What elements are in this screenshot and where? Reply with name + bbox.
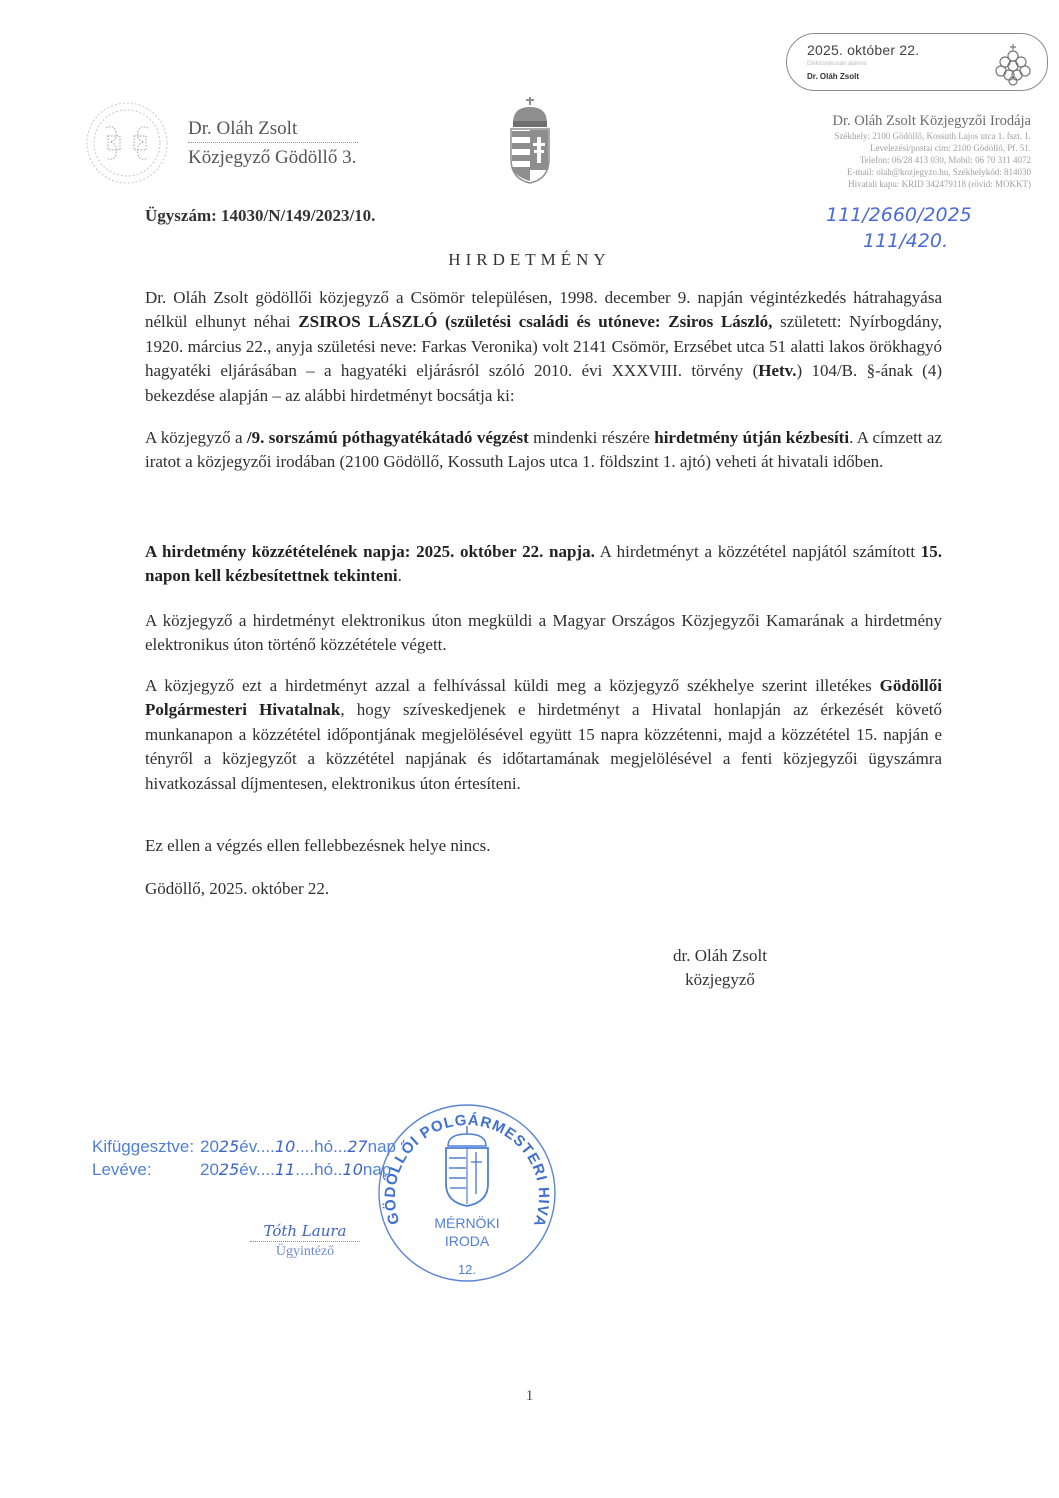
paragraph-chamber-notice: A közjegyző a hirdetményt elektronikus ú… <box>145 609 942 658</box>
removed-month: 11 <box>275 1160 295 1179</box>
paragraph-municipality-request: A közjegyző ezt a hirdetményt azzal a fe… <box>145 674 942 796</box>
removed-row: Levéve:2025év....11....hó..10nap <box>92 1158 396 1181</box>
posting-stamp: Kifüggesztve:2025év....10....hó...27nap … <box>92 1135 396 1181</box>
stamp-center-line-1: MÉRNÖKI <box>434 1214 499 1231</box>
office-postal-address: Levelezési/postai cím: 2100 Gödöllő, Pf.… <box>700 142 1031 154</box>
publication-date: A hirdetmény közzétételének napja: 2025.… <box>145 542 595 561</box>
posted-row: Kifüggesztve:2025év....10....hó...27nap <box>92 1135 396 1158</box>
office-phone: Telefon: 06/28 413 030, Mobil: 06 70 311… <box>700 154 1031 166</box>
header-divider <box>188 142 358 143</box>
notary-title: Közjegyző Gödöllő 3. <box>188 147 356 169</box>
text: A közjegyző a <box>145 428 247 447</box>
stamp-ring-text: GÖDÖLLŐI POLGÁRMESTERI HIVATAL <box>372 1098 552 1229</box>
stamp-center-line-2: IRODA <box>445 1233 490 1249</box>
page-number: 1 <box>0 1388 1059 1405</box>
posted-year: 25 <box>219 1137 239 1156</box>
office-round-stamp: GÖDÖLLŐI POLGÁRMESTERI HIVATAL MÉRNÖKI I… <box>372 1098 562 1288</box>
esignature-date: 2025. október 22. <box>807 42 919 58</box>
case-number: Ügyszám: 14030/N/149/2023/10. <box>145 206 375 226</box>
posted-day: 27 <box>347 1137 367 1156</box>
text: . <box>398 566 402 585</box>
place-and-date: Gödöllő, 2025. október 22. <box>145 877 942 901</box>
year-prefix: 20 <box>200 1160 219 1179</box>
deceased-name: ZSIROS LÁSZLÓ (születési családi és utón… <box>298 312 772 331</box>
handwritten-reference-line-1: 111/2660/2025 <box>826 202 956 228</box>
signatory-role: közjegyző <box>600 968 840 992</box>
text: mindenki részére <box>529 428 655 447</box>
handwritten-reference: 111/2660/2025 111/420. <box>826 202 956 254</box>
year-word: év <box>239 1160 256 1179</box>
text: A hirdetményt a közzététel napjától szám… <box>595 542 921 561</box>
posted-month: 10 <box>275 1137 295 1156</box>
electronic-signature-box: 2025. október 22. Elektronikusan aláírva… <box>786 33 1048 91</box>
law-abbreviation: Hetv. <box>758 361 796 380</box>
removed-day: 10 <box>343 1160 363 1179</box>
hungarian-coat-of-arms-icon <box>505 95 555 185</box>
notary-name: Dr. Oláh Zsolt <box>188 118 297 140</box>
order-reference: /9. sorszámú póthagyatékátadó végzést <box>247 428 529 447</box>
paragraph-publication-date: A hirdetmény közzétételének napja: 2025.… <box>145 540 942 589</box>
office-gateway: Hivatali kapu: KRID 342479118 (rövid: MO… <box>700 178 1031 190</box>
office-contact-block: Dr. Oláh Zsolt Közjegyzői Irodája Székhe… <box>700 113 1031 190</box>
document-title: HIRDETMÉNY <box>0 250 1059 270</box>
office-name: Dr. Oláh Zsolt Közjegyzői Irodája <box>700 113 1031 130</box>
month-word: hó <box>314 1137 333 1156</box>
removed-label: Levéve: <box>92 1158 200 1181</box>
office-email: E-mail: olah@kozjegyzo.hu, Székhelykód: … <box>700 166 1031 178</box>
esignature-signer: Dr. Oláh Zsolt <box>807 72 859 81</box>
notary-seal-icon <box>84 100 170 186</box>
clerk-role: Ügyintéző <box>250 1244 360 1260</box>
clerk-signature: Tóth Laura <box>250 1222 360 1242</box>
delivery-method: hirdetmény útján kézbesíti <box>654 428 849 447</box>
notary-emblem-icon <box>991 42 1035 86</box>
esignature-subtitle: Elektronikusan aláírva <box>807 61 866 67</box>
removed-year: 25 <box>219 1160 239 1179</box>
year-word: év <box>239 1137 256 1156</box>
paragraph-delivery: A közjegyző a /9. sorszámú póthagyatékát… <box>145 426 942 475</box>
year-prefix: 20 <box>200 1137 219 1156</box>
month-word: hó <box>314 1160 333 1179</box>
stamp-number: 12. <box>458 1262 476 1277</box>
stamp-coat-of-arms-icon <box>446 1126 488 1206</box>
paragraph-intro: Dr. Oláh Zsolt gödöllői közjegyző a Csöm… <box>145 286 942 408</box>
text: A közjegyző ezt a hirdetményt azzal a fe… <box>145 676 880 695</box>
office-address: Székhely: 2100 Gödöllő, Kossuth Lajos ut… <box>700 130 1031 142</box>
svg-text:GÖDÖLLŐI POLGÁRMESTERI HIVATAL: GÖDÖLLŐI POLGÁRMESTERI HIVATAL <box>372 1098 552 1229</box>
paragraph-no-appeal: Ez ellen a végzés ellen fellebbezésnek h… <box>145 834 942 858</box>
signature-block: dr. Oláh Zsolt közjegyző <box>600 944 840 992</box>
posted-label: Kifüggesztve: <box>92 1135 200 1158</box>
signatory-name: dr. Oláh Zsolt <box>600 944 840 968</box>
clerk-signature-block: Tóth Laura Ügyintéző <box>250 1222 360 1260</box>
